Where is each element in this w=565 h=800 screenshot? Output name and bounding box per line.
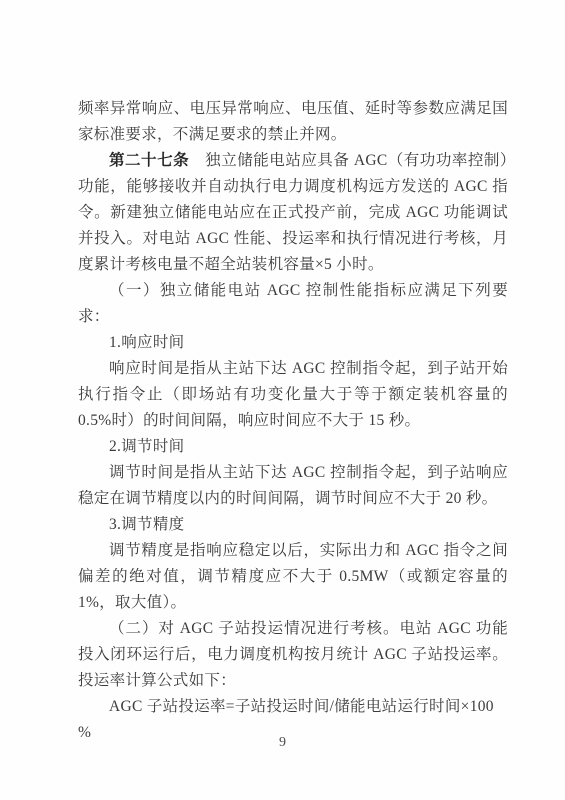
paragraph-response-time-body: 响应时间是指从主站下达 AGC 控制指令起，到子站开始执行指令止（即场站有功变化… <box>78 356 508 434</box>
paragraph-item-2-assessment: （二）对 AGC 子站投运情况进行考核。电站 AGC 功能投入闭环运行后，电力调… <box>78 616 508 694</box>
paragraph-adjust-time-body: 调节时间是指从主站下达 AGC 控制指令起，到子站响应稳定在调节精度以内的时间间… <box>78 460 508 512</box>
document-body: 频率异常响应、电压异常响应、电压值、延时等参数应满足国家标准要求，不满足要求的禁… <box>78 96 508 746</box>
paragraph-item-1-heading: （一）独立储能电站 AGC 控制性能指标应满足下列要求： <box>78 278 508 330</box>
article-27-text: 独立储能电站应具备 AGC（有功功率控制）功能，能够接收并自动执行电力调度机构远… <box>78 152 508 273</box>
paragraph-response-time-title: 1.响应时间 <box>78 330 508 356</box>
paragraph-continuation: 频率异常响应、电压异常响应、电压值、延时等参数应满足国家标准要求，不满足要求的禁… <box>78 96 508 148</box>
paragraph-adjust-precision-title: 3.调节精度 <box>78 512 508 538</box>
paragraph-article-27: 第二十七条 独立储能电站应具备 AGC（有功功率控制）功能，能够接收并自动执行电… <box>78 148 508 278</box>
page-number: 9 <box>0 735 565 751</box>
document-page: 频率异常响应、电压异常响应、电压值、延时等参数应满足国家标准要求，不满足要求的禁… <box>0 0 565 800</box>
paragraph-adjust-time-title: 2.调节时间 <box>78 434 508 460</box>
article-number-label: 第二十七条 <box>109 152 189 169</box>
paragraph-adjust-precision-body: 调节精度是指响应稳定以后，实际出力和 AGC 指令之间偏差的绝对值，调节精度应不… <box>78 538 508 616</box>
